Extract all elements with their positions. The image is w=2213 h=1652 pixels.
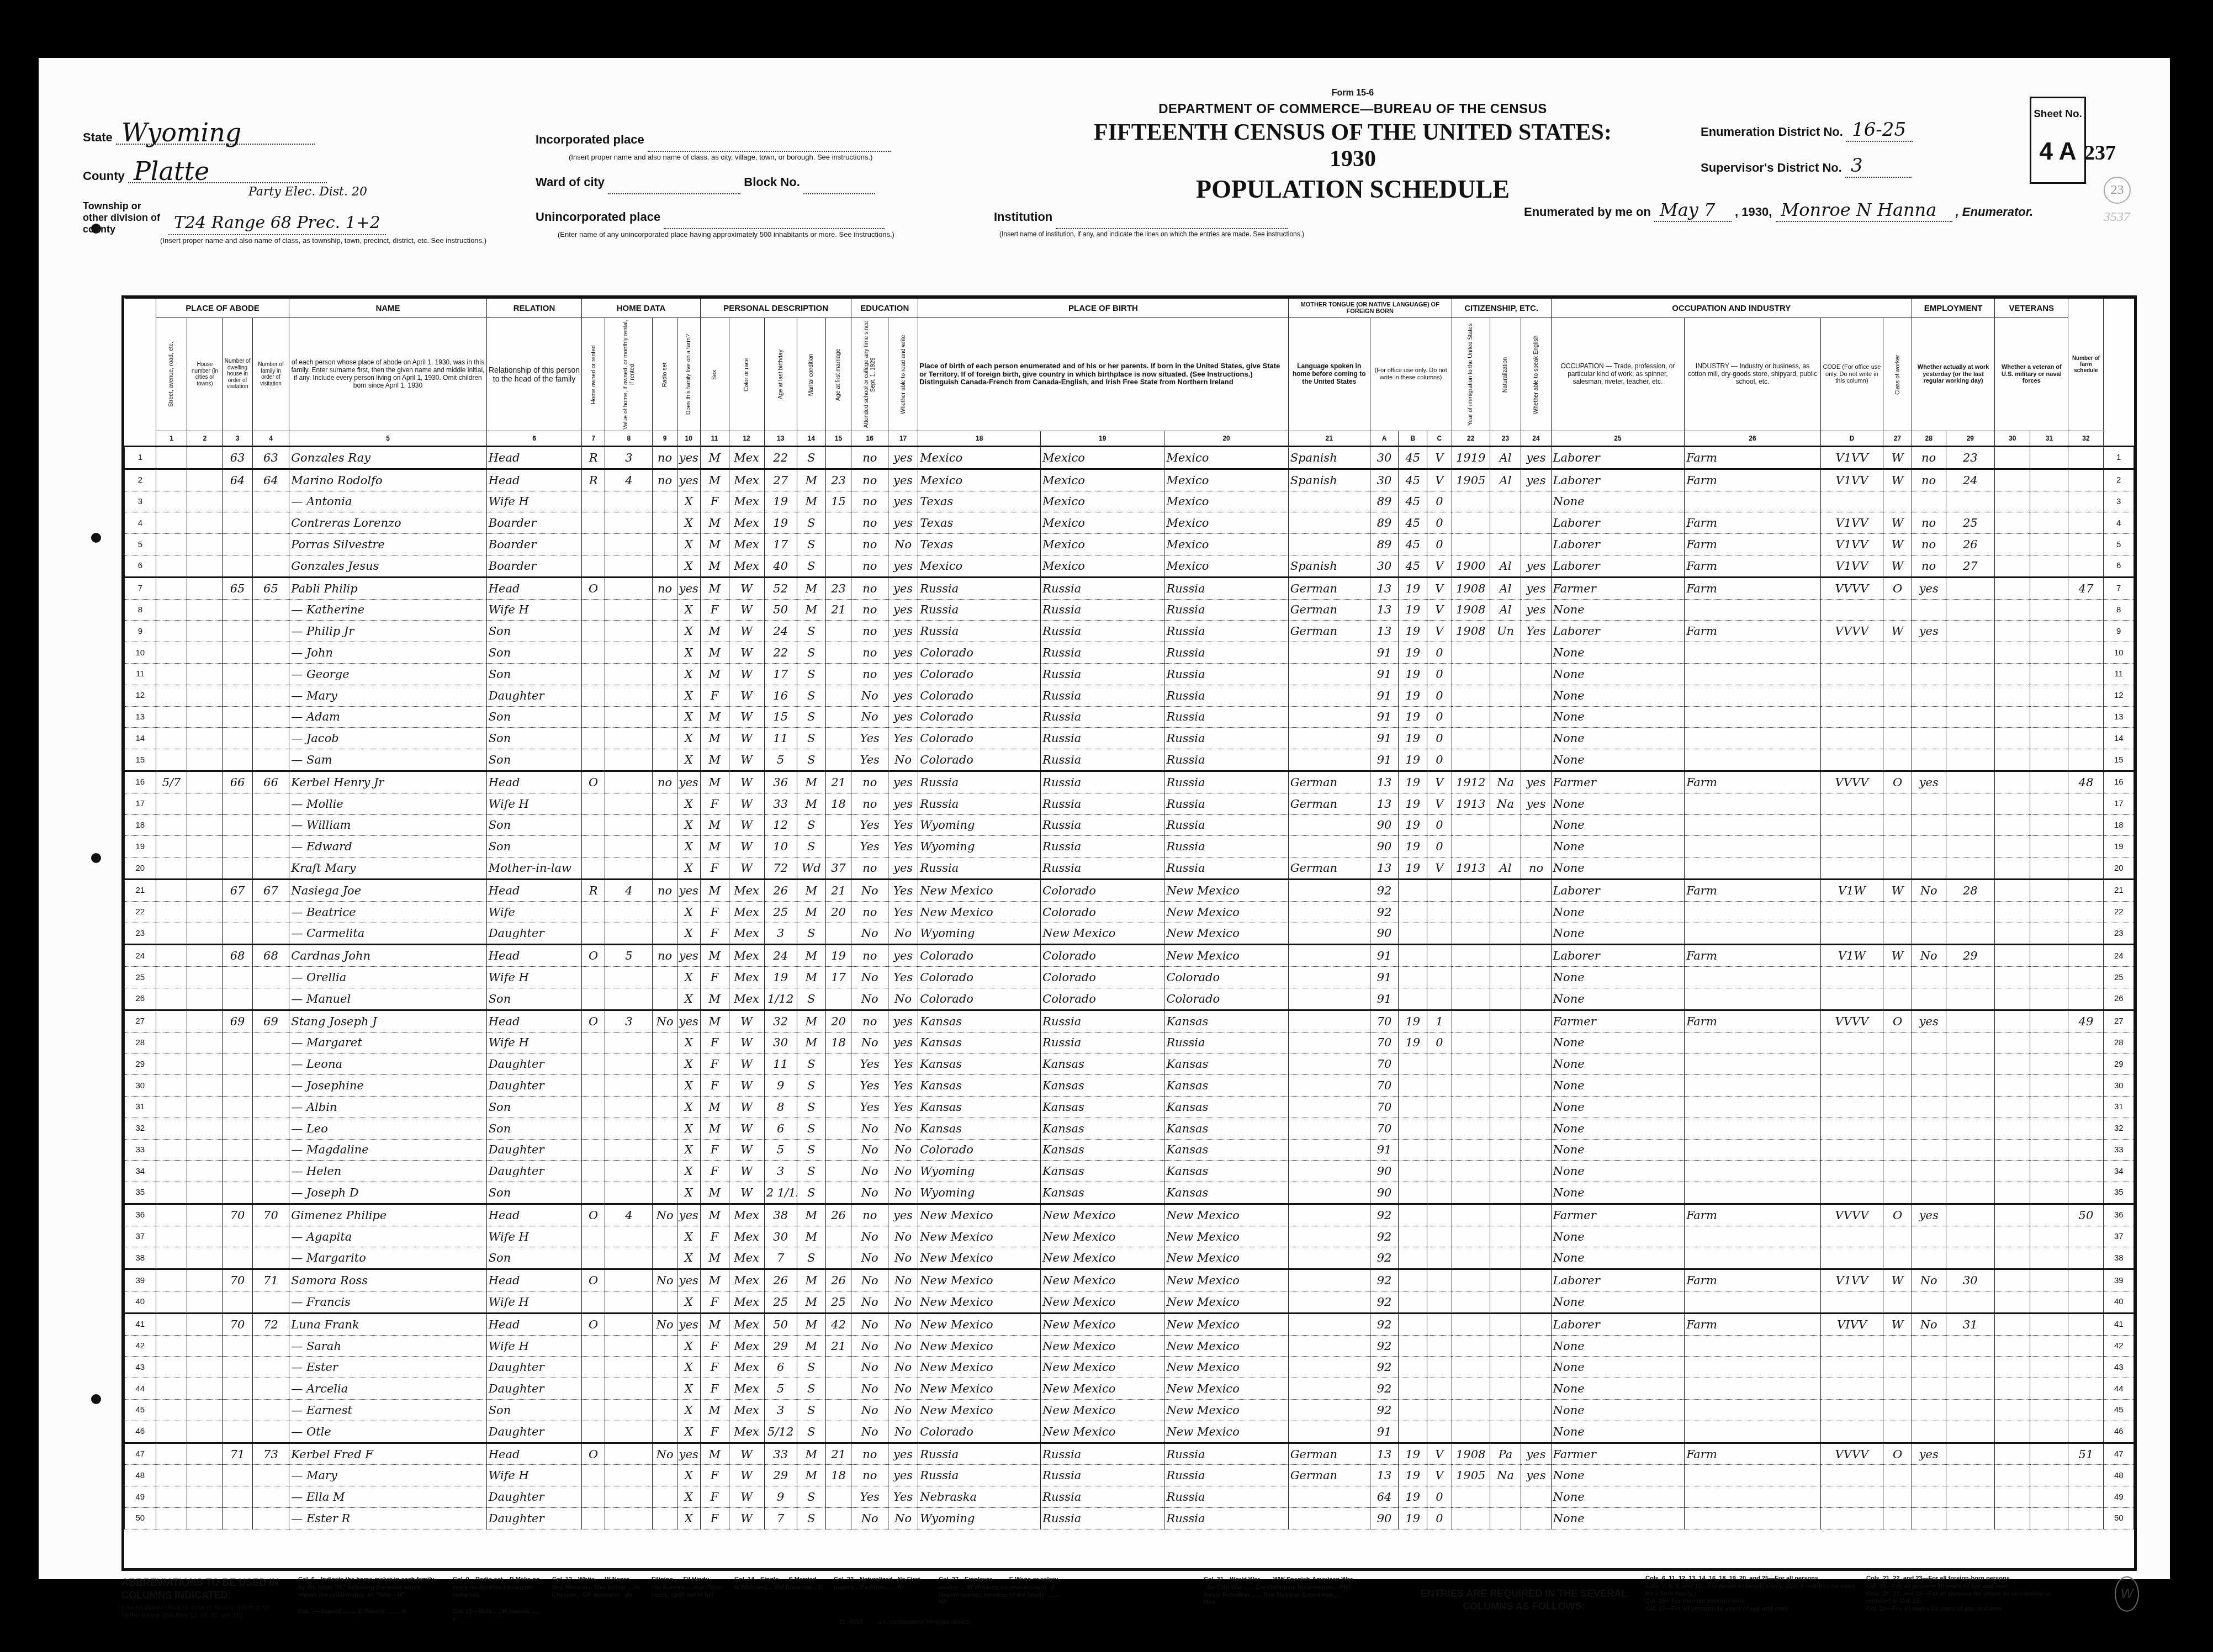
cell-name: — Albin [289,1096,486,1118]
cell-fb: Russia [1041,621,1164,642]
cell-occ: None [1551,988,1685,1010]
cell-imm [1452,1486,1490,1508]
cell-lang [1288,1421,1370,1443]
cell-cls: W [1883,879,1912,901]
cell-cls [1883,1335,1912,1357]
cell-sch: no [851,1204,888,1226]
col-name: of each person whose place of abode on A… [289,318,486,431]
cell-sex: M [700,1118,729,1139]
cell-cls: O [1883,1443,1912,1465]
line-number: 12 [125,685,156,706]
line-number: 39 [125,1269,156,1291]
cell-farm: X [677,621,700,642]
cell-occ: Farmer [1551,1443,1685,1465]
cell-c [1427,1096,1452,1118]
cell-ind [1685,1032,1821,1053]
cell-rel: Head [486,879,582,901]
cell-war [2030,1421,2068,1443]
cell-val [605,663,653,685]
cell-pb: New Mexico [918,1335,1041,1357]
cell-nat [1490,1096,1521,1118]
cell-eng [1521,1226,1551,1247]
cell-sex: M [700,512,729,534]
cell-imm [1452,1182,1490,1204]
cell-lang [1288,1010,1370,1032]
cell-c: V [1427,577,1452,599]
cell-val [605,836,653,857]
cell-fam [252,967,289,988]
cell-vet [1995,857,2030,880]
cell-code [1820,1378,1883,1400]
line-number-right: 49 [2104,1486,2134,1508]
cell-occ: None [1551,1486,1685,1508]
cell-house-number [187,1291,223,1314]
cell-fam: 72 [252,1313,289,1335]
cell-vet [1995,1053,2030,1075]
cell-rw: yes [888,706,918,728]
cell-fsch [2068,814,2104,836]
cell-mar: S [797,663,825,685]
abbreviations-title: ABBREVIATIONS TO BE USED IN COLUMNS INDI… [121,1576,287,1601]
cell-lang [1288,1204,1370,1226]
cell-cls [1883,857,1912,880]
cell-race: W [729,771,764,793]
cell-mar: S [797,1139,825,1161]
cell-mb: Mexico [1164,534,1288,555]
cell-occ: None [1551,685,1685,706]
cell-mar: M [797,879,825,901]
cell-eng [1521,642,1551,664]
cell-war [2030,1357,2068,1378]
cell-rel: Wife H [486,1226,582,1247]
cell-sex: M [700,469,729,491]
cell-pb: Nebraska [918,1486,1041,1508]
line-number-right: 39 [2104,1269,2134,1291]
cell-lang [1288,1118,1370,1139]
cell-work [1912,599,1946,621]
cell-own [582,901,605,923]
line-number: 7 [125,577,156,599]
cell-a: 91 [1370,1139,1399,1161]
cell-pb: New Mexico [918,1204,1041,1226]
cell-fb: New Mexico [1041,1421,1164,1443]
cell-age: 15 [764,706,797,728]
cell-mar: S [797,1075,825,1097]
cell-work [1912,1139,1946,1161]
cell-pb: Russia [918,1443,1041,1465]
cell-war [2030,728,2068,749]
cell-b [1399,1269,1427,1291]
cell-farm: X [677,836,700,857]
cell-code [1820,1465,1883,1486]
cell-code [1820,901,1883,923]
cell-imm [1452,1269,1490,1291]
cell-fb: New Mexico [1041,1357,1164,1378]
cell-sch: No [851,1182,888,1204]
cell-sch: no [851,642,888,664]
cell-occ: Laborer [1551,621,1685,642]
cell-fb: New Mexico [1041,1335,1164,1357]
cell-war [2030,771,2068,793]
cell-fsch [2068,793,2104,814]
cell-fam [252,836,289,857]
cell-farm: X [677,728,700,749]
cell-fsch [2068,534,2104,555]
cell-cls [1883,749,1912,771]
cell-occ: None [1551,663,1685,685]
cell-eng [1521,945,1551,967]
cell-agem: 42 [825,1313,851,1335]
cell-vet [1995,1075,2030,1097]
cell-imm [1452,901,1490,923]
cell-own [582,599,605,621]
line-number: 34 [125,1161,156,1182]
cell-imm [1452,1053,1490,1075]
cell-pb: Colorado [918,988,1041,1010]
cell-lang [1288,728,1370,749]
cell-ind [1685,728,1821,749]
cell-pb: Colorado [918,728,1041,749]
cell-mar: M [797,1226,825,1247]
cell-name: — John [289,642,486,664]
line-number: 20 [125,857,156,880]
cell-work: yes [1912,577,1946,599]
cell-mb: Russia [1164,577,1288,599]
table-row: 29— LeonaDaughterXFW11SYesYesKansasKansa… [125,1053,2134,1075]
cell-a: 90 [1370,836,1399,857]
cell-name: — Ella M [289,1486,486,1508]
cell-margin [156,1291,187,1314]
cell-race: Mex [729,1421,764,1443]
cell-nat [1490,1161,1521,1182]
cell-fb: New Mexico [1041,923,1164,945]
cell-sex: F [700,1291,729,1314]
cell-age: 3 [764,1400,797,1421]
cell-unemp [1946,663,1995,685]
cell-code [1820,1335,1883,1357]
cell-mb: Russia [1164,1032,1288,1053]
cell-unemp [1946,1182,1995,1204]
cell-race: Mex [729,469,764,491]
cell-sch: no [851,945,888,967]
cell-race: W [729,1032,764,1053]
cell-c [1427,1378,1452,1400]
col-age-first-marriage: Age at first marriage [825,318,851,431]
cell-rw: yes [888,621,918,642]
cell-fsch [2068,469,2104,491]
col-farm-schedule: Number of farm schedule [2068,299,2104,431]
cell-fb: Russia [1041,1443,1164,1465]
cell-own [582,1247,605,1269]
cell-farm: X [677,512,700,534]
cell-occ: None [1551,1291,1685,1314]
cell-unemp [1946,1378,1995,1400]
cell-fb: Russia [1041,1010,1164,1032]
cell-ind [1685,793,1821,814]
cell-mar: S [797,923,825,945]
cell-fam [252,1357,289,1378]
cell-age: 16 [764,685,797,706]
cell-war [2030,814,2068,836]
cell-mb: Kansas [1164,1053,1288,1075]
cell-b [1399,1400,1427,1421]
cell-pb: Colorado [918,663,1041,685]
cell-margin [156,988,187,1010]
cell-lang: German [1288,577,1370,599]
cell-occ: Laborer [1551,555,1685,577]
cell-house-number [187,1075,223,1097]
cell-rel: Son [486,621,582,642]
cell-agem [825,1378,851,1400]
cell-eng: yes [1521,447,1551,469]
cell-fsch [2068,879,2104,901]
cell-a: 30 [1370,447,1399,469]
cell-rel: Daughter [486,685,582,706]
cell-imm: 1908 [1452,621,1490,642]
cell-c: 0 [1427,706,1452,728]
cell-ind [1685,814,1821,836]
cell-eng [1521,512,1551,534]
cell-eng: Yes [1521,621,1551,642]
cell-vet [1995,771,2030,793]
cell-farm: X [677,1032,700,1053]
cell-race: Mex [729,555,764,577]
cell-age: 2 1/12 [764,1182,797,1204]
cell-own: O [582,945,605,967]
cell-imm [1452,491,1490,512]
cell-house-number [187,1010,223,1032]
cell-dw [223,923,252,945]
cell-val [605,621,653,642]
cell-lang [1288,1032,1370,1053]
cell-sch: no [851,469,888,491]
cell-own [582,749,605,771]
township-value: T24 Range 68 Prec. 1+2 [168,212,386,235]
cell-cls [1883,1053,1912,1075]
cell-farm: X [677,967,700,988]
cell-fam [252,1226,289,1247]
cell-c [1427,1139,1452,1161]
col-code: CODE (For office use only. Do not write … [1820,318,1883,431]
cell-rw: Yes [888,967,918,988]
cell-a: 92 [1370,1313,1399,1335]
group-home-data: HOME DATA [582,299,701,318]
cell-sch: no [851,512,888,534]
enumeration-district-field: Enumeration District No. 16-25 [1701,119,1913,142]
cell-rw: Yes [888,814,918,836]
cell-dw [223,599,252,621]
cell-a: 92 [1370,1335,1399,1357]
line-number: 18 [125,814,156,836]
cell-pb: Colorado [918,749,1041,771]
cell-a: 13 [1370,857,1399,880]
cell-rw: yes [888,685,918,706]
cell-fam [252,1508,289,1529]
table-row: 46— OtleDaughterXFMex5/12SNoNoColoradoNe… [125,1421,2134,1443]
cell-unemp [1946,577,1995,599]
cell-lang [1288,512,1370,534]
cell-name: Porras Silvestre [289,534,486,555]
cell-radio [653,1032,677,1053]
cell-c [1427,1313,1452,1335]
cell-fsch [2068,1247,2104,1269]
cell-work [1912,728,1946,749]
cell-margin [156,621,187,642]
cell-cls [1883,901,1912,923]
cell-nat [1490,1357,1521,1378]
cell-agem [825,663,851,685]
cell-b: 19 [1399,771,1427,793]
cell-val [605,1508,653,1529]
cell-radio [653,1096,677,1118]
cell-cls [1883,1182,1912,1204]
col-naturalization: Naturalization [1490,318,1521,431]
table-row: 165/76666Kerbel Henry JrHeadOnoyesMW36M2… [125,771,2134,793]
cell-val [605,1400,653,1421]
cell-sex: F [700,599,729,621]
cell-nat: Pa [1490,1443,1521,1465]
cell-unemp [1946,814,1995,836]
cell-val [605,1486,653,1508]
cell-mb: New Mexico [1164,1247,1288,1269]
cell-margin [156,1247,187,1269]
cell-cls [1883,706,1912,728]
cell-vet [1995,988,2030,1010]
cell-b [1399,1335,1427,1357]
cell-mar: M [797,491,825,512]
col-dwelling-number: Number of dwelling house in order of vis… [223,318,252,431]
cell-vet [1995,621,2030,642]
cell-ind: Farm [1685,1269,1821,1291]
table-row: 48— MaryWife HXFW29M18noyesRussiaRussiaR… [125,1465,2134,1486]
cell-race: W [729,1465,764,1486]
cell-age: 38 [764,1204,797,1226]
cell-farm: X [677,1291,700,1314]
line-number: 5 [125,534,156,555]
cell-unemp [1946,749,1995,771]
cell-vet [1995,706,2030,728]
cell-pb: Texas [918,491,1041,512]
cell-vet [1995,1421,2030,1443]
cell-mar: M [797,1032,825,1053]
line-number: 26 [125,988,156,1010]
cell-name: — Otle [289,1421,486,1443]
cell-rw: No [888,1400,918,1421]
cell-work [1912,1335,1946,1357]
line-number: 44 [125,1378,156,1400]
cell-war [2030,1010,2068,1032]
cell-lang: German [1288,793,1370,814]
cell-fb: Russia [1041,857,1164,880]
cell-unemp: 27 [1946,555,1995,577]
cell-agem [825,685,851,706]
cell-margin [156,1075,187,1097]
cell-name: Gonzales Ray [289,447,486,469]
cell-imm [1452,749,1490,771]
cell-rel: Son [486,1247,582,1269]
table-row: 33— MagdalineDaughterXFW5SNoNoColoradoKa… [125,1139,2134,1161]
cell-mar: S [797,1486,825,1508]
table-row: 40— FrancisWife HXFMex25M25NoNoNew Mexic… [125,1291,2134,1314]
cell-sch: Yes [851,1486,888,1508]
cell-pb: Russia [918,793,1041,814]
cell-b: 19 [1399,836,1427,857]
cell-a: 91 [1370,749,1399,771]
cell-work [1912,814,1946,836]
cell-unemp [1946,1357,1995,1378]
cell-house-number [187,1357,223,1378]
cell-age: 22 [764,447,797,469]
cell-dw [223,1096,252,1118]
cell-ind [1685,1378,1821,1400]
cell-sex: M [700,1182,729,1204]
cell-fsch [2068,1508,2104,1529]
cell-sex: M [700,728,729,749]
cell-rw: No [888,1269,918,1291]
cell-cls [1883,1096,1912,1118]
cell-margin [156,577,187,599]
cell-radio: No [653,1269,677,1291]
cell-age: 9 [764,1486,797,1508]
cell-eng [1521,1269,1551,1291]
veterans-note: Whether a veteran of U.S. military or na… [1995,318,2068,431]
cell-b: 19 [1399,1010,1427,1032]
cell-work: yes [1912,1443,1946,1465]
cell-farm: X [677,1400,700,1421]
cell-dw [223,1465,252,1486]
cell-unemp: 24 [1946,469,1995,491]
cell-mb: New Mexico [1164,945,1288,967]
cell-own [582,621,605,642]
cell-sex: M [700,1269,729,1291]
cell-rw: No [888,923,918,945]
cell-imm [1452,1335,1490,1357]
cell-ind: Farm [1685,555,1821,577]
cell-unemp [1946,988,1995,1010]
cell-house-number [187,771,223,793]
cell-rel: Head [486,1313,582,1335]
cell-a: 90 [1370,814,1399,836]
cell-race: W [729,577,764,599]
col-race: Color or race [729,318,764,431]
cell-race: W [729,1053,764,1075]
cell-unemp [1946,1443,1995,1465]
cell-agem [825,1139,851,1161]
cell-sch: no [851,491,888,512]
cell-dw [223,1335,252,1357]
cell-pb: Kansas [918,1075,1041,1097]
cell-ind [1685,1357,1821,1378]
line-number: 3 [125,491,156,512]
cell-mb: Russia [1164,749,1288,771]
group-personal-description: PERSONAL DESCRIPTION [700,299,851,318]
cell-code [1820,642,1883,664]
cell-fb: New Mexico [1041,1269,1164,1291]
cell-occ: None [1551,967,1685,988]
cell-b: 19 [1399,793,1427,814]
cell-age: 19 [764,967,797,988]
cell-house-number [187,577,223,599]
cell-margin [156,1400,187,1421]
cell-farm: yes [677,469,700,491]
cell-rel: Head [486,469,582,491]
line-number: 43 [125,1357,156,1378]
cell-house-number [187,621,223,642]
cell-nat: Na [1490,793,1521,814]
cell-age: 9 [764,1075,797,1097]
cell-war [2030,599,2068,621]
cell-mar: S [797,512,825,534]
